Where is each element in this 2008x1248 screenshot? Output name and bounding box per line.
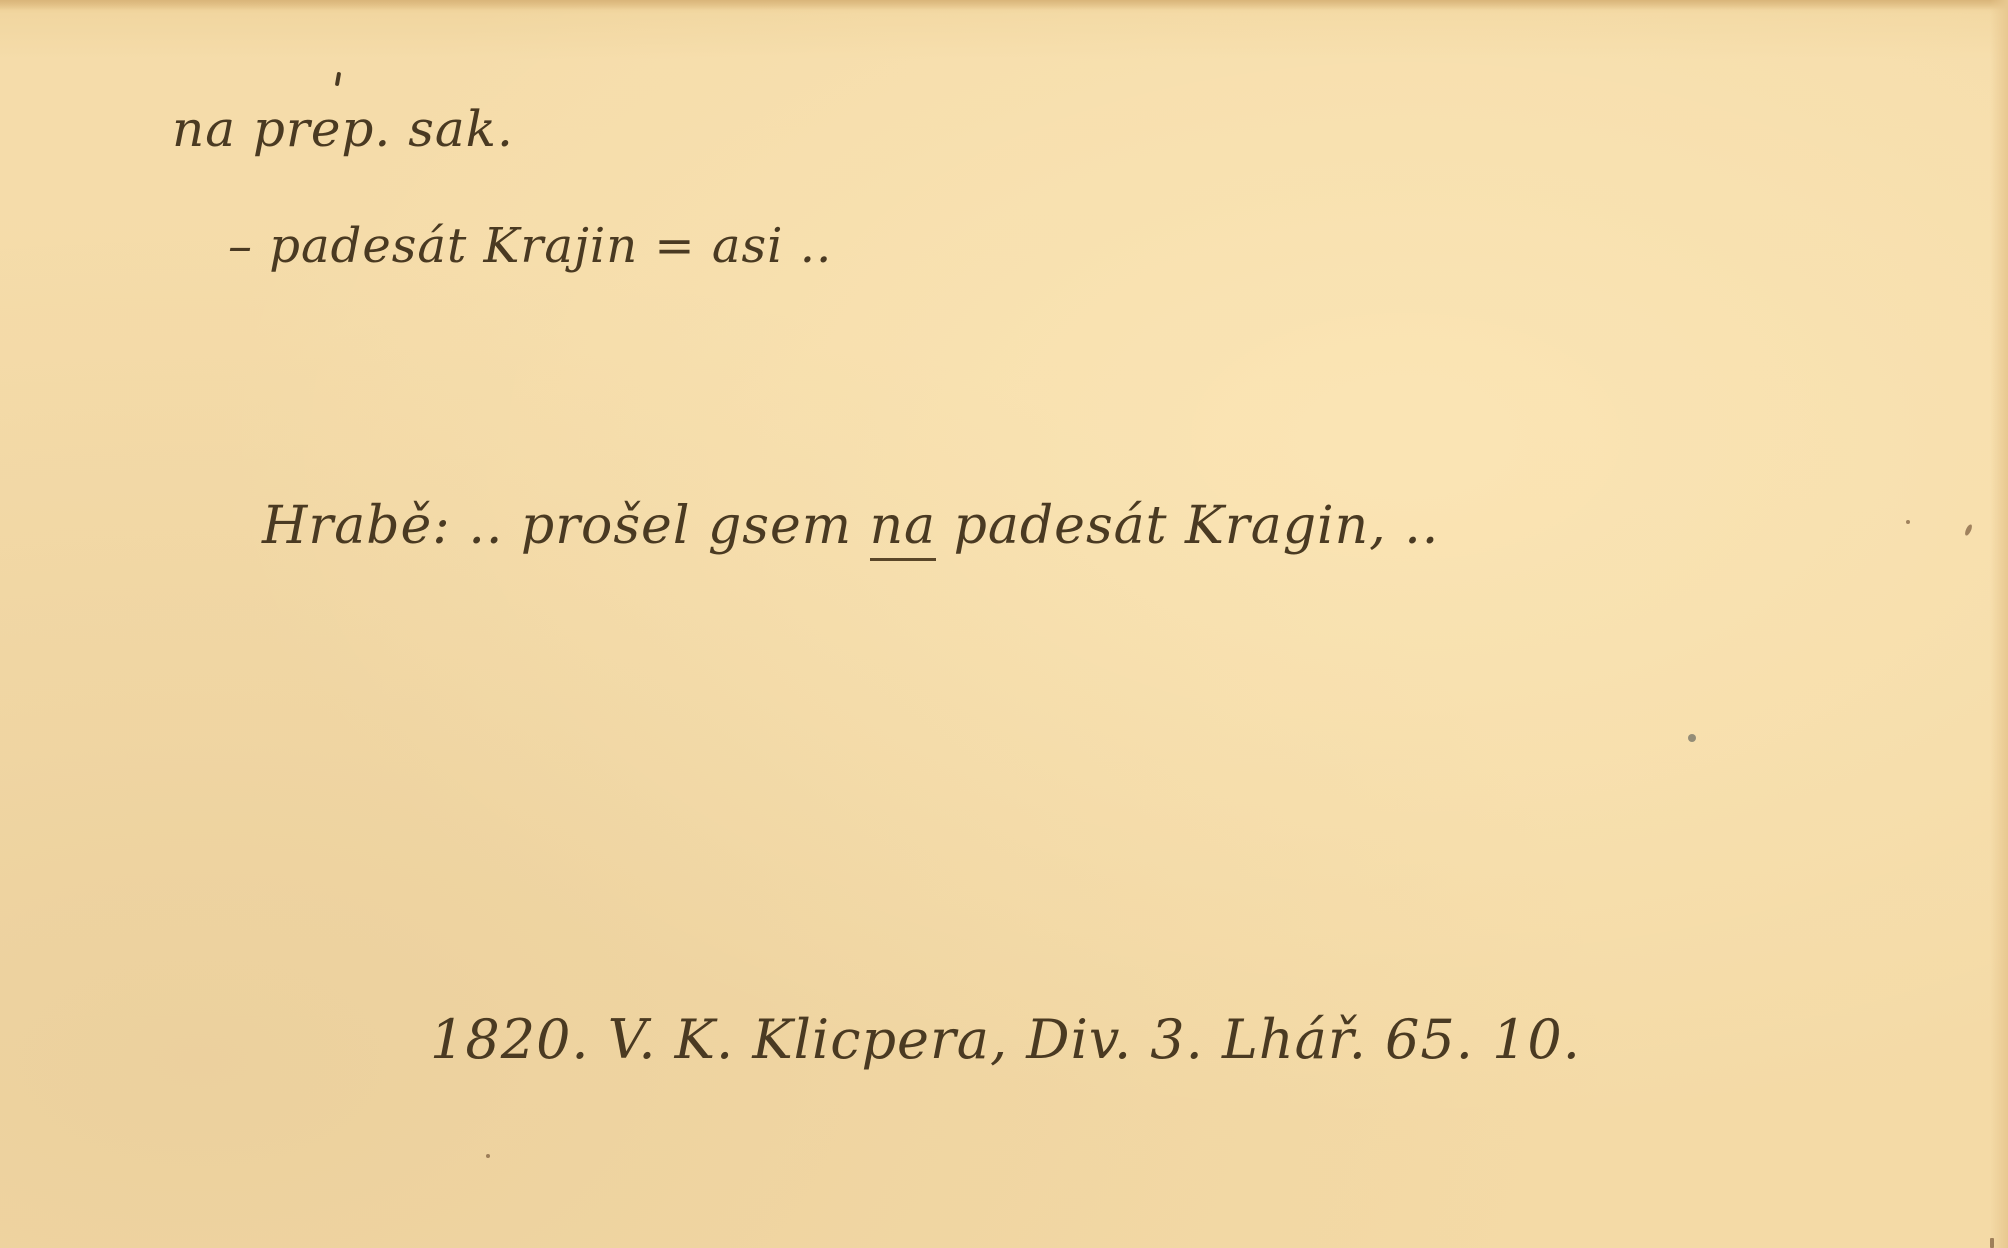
- citation-prefix: Hrabě: .. prošel gsem: [262, 496, 870, 556]
- paper-right-edge: [1990, 0, 2008, 1248]
- accent-mark: [335, 72, 341, 86]
- source-reference-line: 1820. V. K. Klicpera, Div. 3. Lhář. 65. …: [430, 1008, 1581, 1071]
- citation-suffix: padesát Kragin, ..: [936, 496, 1439, 556]
- paper-speck: [1688, 734, 1696, 742]
- paper-speck: [1906, 520, 1910, 524]
- citation-line: Hrabě: .. prošel gsem na padesát Kragin,…: [262, 496, 1439, 561]
- paper-speck: [1964, 524, 1974, 537]
- sense-definition-line: – padesát Krajin = asi ..: [228, 218, 832, 274]
- paper-speck: [1990, 1238, 1994, 1248]
- paper-speck: [486, 1154, 490, 1158]
- dictionary-slip: na prep. sak. – padesát Krajin = asi .. …: [0, 0, 2008, 1248]
- paper-top-edge: [0, 0, 2008, 10]
- headword-line: na prep. sak.: [172, 100, 514, 158]
- citation-keyword-underlined: na: [870, 496, 937, 561]
